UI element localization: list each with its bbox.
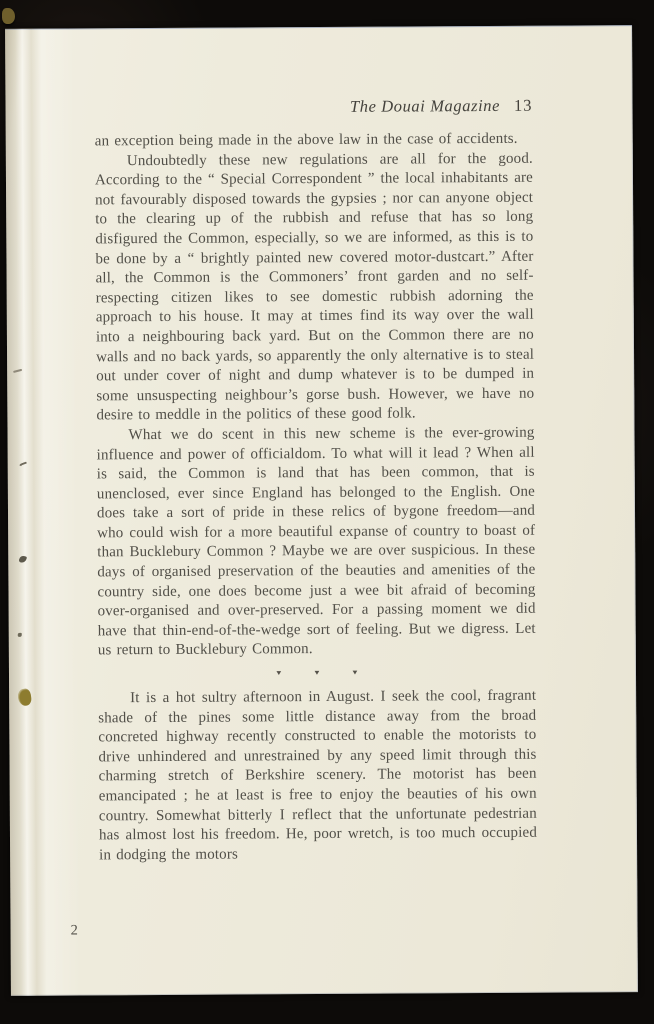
paragraph: What we do scent in this new scheme is t… bbox=[96, 424, 535, 662]
paragraph: Undoubtedly these new regulations are al… bbox=[95, 149, 535, 426]
body-text: an exception being made in the above law… bbox=[95, 130, 537, 866]
paragraph-continuation: an exception being made in the above law… bbox=[95, 130, 533, 152]
page-content: The Douai Magazine 13 an exception being… bbox=[94, 96, 537, 866]
scanned-book-photo: { "colors": { "scanner_background": "#0d… bbox=[0, 0, 654, 1024]
running-header: The Douai Magazine 13 bbox=[94, 96, 532, 119]
section-divider-ornament: ▼ ▼ ▼ bbox=[98, 666, 536, 681]
triangle-ornament-icon: ▼ bbox=[351, 668, 359, 678]
triangle-ornament-icon: ▼ bbox=[275, 668, 283, 678]
paragraph: It is a hot sultry afternoon in August. … bbox=[98, 687, 537, 866]
folio-page-number: 2 bbox=[71, 922, 78, 939]
printed-page-number: 13 bbox=[514, 96, 533, 116]
debris-speck bbox=[2, 8, 15, 24]
paper-speck bbox=[18, 633, 22, 637]
triangle-ornament-icon: ▼ bbox=[313, 668, 321, 678]
page-gutter-shadow bbox=[5, 28, 81, 995]
book-page: The Douai Magazine 13 an exception being… bbox=[5, 25, 638, 996]
magazine-title: The Douai Magazine bbox=[350, 96, 500, 117]
